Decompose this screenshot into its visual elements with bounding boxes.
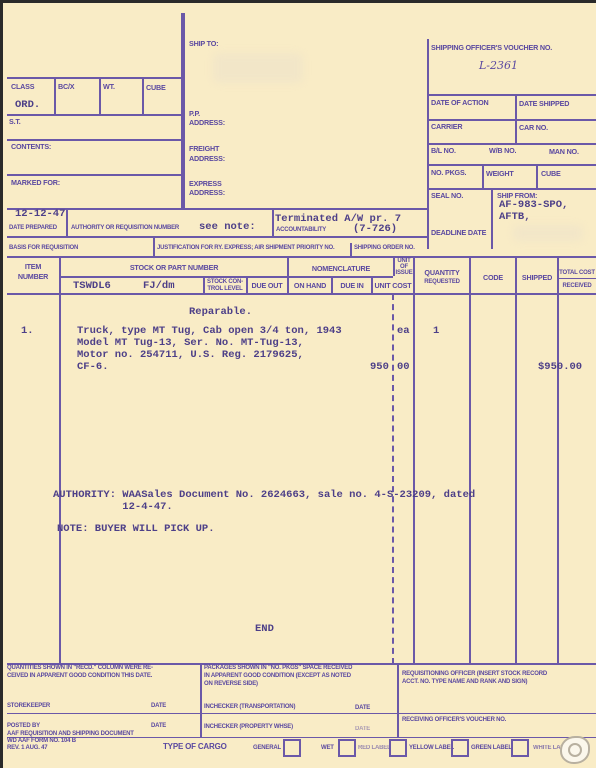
rule xyxy=(427,164,596,166)
inchecker-transport-label: INCHECKER (TRANSPORTATION) xyxy=(204,704,295,711)
rule xyxy=(491,188,493,249)
packages-note-1: PACKAGES SHOWN IN "NO. PKGS" SPACE RECEI… xyxy=(204,665,352,672)
voucher-label: SHIPPING OFFICER'S VOUCHER NO. xyxy=(431,44,552,52)
pp-address-label-2: ADDRESS: xyxy=(189,119,225,127)
no-pkgs-label: NO. PKGS. xyxy=(431,169,466,177)
type-of-cargo-label: TYPE OF CARGO xyxy=(163,743,227,751)
car-no-label: CAR NO. xyxy=(519,124,548,132)
rule xyxy=(59,276,393,278)
authority-note-line-1: AUTHORITY: WAASales Document No. 2624663… xyxy=(53,489,475,501)
rule xyxy=(427,143,596,145)
rule xyxy=(7,114,183,116)
unit-cost-header: UNIT COST xyxy=(373,282,413,290)
justification-label: JUSTIFICATION FOR RY. EXPRESS; AIR SHIPM… xyxy=(157,245,335,252)
freight-address-label-2: ADDRESS: xyxy=(189,155,225,163)
quantities-note-1: QUANTITIES SHOWN IN "RECD." COLUMN WERE … xyxy=(7,665,153,672)
total-cost-header: TOTAL COST xyxy=(558,270,596,277)
cargo-general-label: GENERAL xyxy=(253,745,281,752)
stock-value-2: FJ/dm xyxy=(143,280,175,292)
shipping-document: SHIP TO: P.P. ADDRESS: FREIGHT ADDRESS: … xyxy=(3,3,596,768)
basis-label: BASIS FOR REQUISITION xyxy=(9,245,78,252)
shipped-header: SHIPPED xyxy=(517,274,557,282)
requisitioning-officer-1: REQUISITIONING OFFICER (INSERT STOCK REC… xyxy=(402,671,547,678)
unit-of-issue-header-3: ISSUE xyxy=(394,270,414,277)
rule xyxy=(54,77,56,114)
date-prepared-value: 12-12-47 xyxy=(15,208,65,220)
accountability-label: ACCOUNTABILITY xyxy=(276,227,326,234)
rule xyxy=(536,164,538,188)
posted-by-date-label: DATE xyxy=(151,723,166,730)
rule xyxy=(7,293,596,295)
rule xyxy=(557,256,559,664)
on-hand-header: ON HAND xyxy=(289,282,331,290)
stock-control-header-2: TROL LEVEL xyxy=(204,286,246,293)
due-in-header: DUE IN xyxy=(333,282,371,290)
unit-of-issue-value: ea xyxy=(397,325,410,337)
rule xyxy=(7,77,183,79)
date-of-action-label: DATE OF ACTION xyxy=(431,99,489,107)
ebay-watermark-icon xyxy=(560,736,590,764)
wt-label: WT. xyxy=(103,83,115,91)
ship-to-label: SHIP TO: xyxy=(189,40,218,48)
cargo-wet-label: WET xyxy=(321,745,334,752)
rule xyxy=(153,236,155,256)
freight-address-label-1: FREIGHT xyxy=(189,145,219,153)
code-header: CODE xyxy=(471,274,515,282)
deadline-date-label: DEADLINE DATE xyxy=(431,229,486,237)
rule xyxy=(413,256,415,664)
rule xyxy=(427,119,596,121)
shipping-order-label: SHIPPING ORDER NO. xyxy=(354,245,415,252)
date-shipped-label: DATE SHIPPED xyxy=(519,100,569,108)
receiving-voucher-label: RECEIVING OFFICER'S VOUCHER NO. xyxy=(402,717,506,724)
unit-cost-dollars: 950 xyxy=(370,361,389,373)
ship-to-divider xyxy=(181,13,185,208)
class-label: CLASS xyxy=(11,83,34,91)
rule xyxy=(7,208,427,210)
rule xyxy=(7,256,596,258)
cargo-yellow-checkbox[interactable] xyxy=(451,739,469,757)
item-number: 1. xyxy=(21,325,34,337)
seal-no-label: SEAL NO. xyxy=(431,192,463,200)
quantity-header-2: REQUESTED xyxy=(415,279,469,286)
nomenclature-header: NOMENCLATURE xyxy=(289,265,393,273)
rule xyxy=(142,77,144,114)
rule xyxy=(59,256,61,664)
quantity-header-1: QUANTITY xyxy=(415,269,469,277)
cargo-green-label: GREEN LABEL xyxy=(471,745,512,752)
rule xyxy=(427,208,429,249)
weight-label: WEIGHT xyxy=(486,170,514,178)
express-address-label-1: EXPRESS xyxy=(189,180,222,188)
authority-label: AUTHORITY OR REQUISITION NUMBER xyxy=(71,225,179,232)
authority-value: see note: xyxy=(199,221,256,233)
cargo-green-checkbox[interactable] xyxy=(511,739,529,757)
cargo-general-checkbox[interactable] xyxy=(283,739,301,757)
man-no-label: MAN NO. xyxy=(549,148,579,156)
cube-label-right: CUBE xyxy=(541,170,561,178)
rule xyxy=(515,256,517,664)
posted-by-label: POSTED BY xyxy=(7,723,40,730)
rule xyxy=(482,164,484,188)
total-cost-value: $950.00 xyxy=(538,361,582,373)
item-number-header-1: ITEM xyxy=(7,263,59,271)
end-marker: END xyxy=(255,623,274,635)
stock-control-header-1: STOCK CON- xyxy=(204,279,246,286)
authority-note-line-2: 12-4-47. xyxy=(53,501,173,513)
accountability-value-2: (7-726) xyxy=(353,223,397,235)
storekeeper-date-label: DATE xyxy=(151,703,166,710)
cargo-yellow-label: YELLOW LABEL xyxy=(409,745,454,752)
stock-value-1: TSWDL6 xyxy=(73,280,111,292)
description-line-3: Motor no. 254711, U.S. Reg. 2179625, xyxy=(77,349,304,361)
redacted-ship-from xyxy=(513,225,583,241)
description-line-4: CF-6. xyxy=(77,361,109,373)
cargo-wet-checkbox[interactable] xyxy=(338,739,356,757)
ship-from-line-1: AF-983-SPO, xyxy=(499,199,568,211)
description-line-2: Model MT Tug-13, Ser. No. MT-Tug-13, xyxy=(77,337,304,349)
rule xyxy=(7,139,183,141)
form-id-1: AAF REQUISITION AND SHIPPING DOCUMENT xyxy=(7,731,134,738)
cargo-red-label: RED LABEL xyxy=(358,745,391,752)
quantity-value: 1 xyxy=(433,325,439,337)
wb-no-label: W/B NO. xyxy=(489,147,516,155)
due-out-header: DUE OUT xyxy=(247,282,287,290)
quantities-note-2: CEIVED IN APPARENT GOOD CONDITION THIS D… xyxy=(7,673,152,680)
rule xyxy=(397,663,399,737)
form-id-3: REV. 1 AUG. 47 xyxy=(7,745,47,752)
class-value: ORD. xyxy=(15,99,40,111)
rule xyxy=(7,236,427,238)
rule xyxy=(427,94,596,96)
cargo-red-checkbox[interactable] xyxy=(389,739,407,757)
inchecker-transport-date-label: DATE xyxy=(355,705,370,712)
buyer-note: NOTE: BUYER WILL PICK UP. xyxy=(57,523,215,535)
date-prepared-label: DATE PREPARED xyxy=(9,225,57,232)
marked-for-label: MARKED FOR: xyxy=(11,179,60,187)
redacted-ship-to xyxy=(213,53,303,83)
express-address-label-2: ADDRESS: xyxy=(189,189,225,197)
rule xyxy=(469,256,471,664)
stock-part-header: STOCK OR PART NUMBER xyxy=(61,264,287,272)
cube-label: CUBE xyxy=(146,84,166,92)
received-header: RECEIVED xyxy=(558,283,596,290)
rule xyxy=(99,77,101,114)
carrier-label: CARRIER xyxy=(431,123,462,131)
rule xyxy=(427,188,596,190)
dollar-cents-divider xyxy=(392,294,394,664)
packages-note-2: IN APPARENT GOOD CONDITION (EXCEPT AS NO… xyxy=(204,673,351,680)
rule xyxy=(272,208,274,236)
contents-label: CONTENTS: xyxy=(11,143,51,151)
condition-note: Reparable. xyxy=(189,306,252,318)
pp-address-label-1: P.P. xyxy=(189,110,200,118)
st-label: S.T. xyxy=(9,118,21,126)
rule xyxy=(66,208,68,236)
rule xyxy=(558,278,596,279)
ship-from-line-2: AFTB, xyxy=(499,211,531,223)
rule xyxy=(200,663,202,737)
description-line-1: Truck, type MT Tug, Cab open 3/4 ton, 19… xyxy=(77,325,342,337)
voucher-value: L-2361 xyxy=(479,59,518,72)
item-number-header-2: NUMBER xyxy=(7,273,59,281)
bcx-label: BC/X xyxy=(58,83,74,91)
inchecker-property-date-label: DATE xyxy=(355,726,370,733)
packages-note-3: ON REVERSE SIDE) xyxy=(204,681,258,688)
form-id-2: WD AAF FORM NO. 104 B xyxy=(7,738,76,745)
unit-cost-cents: 00 xyxy=(397,361,410,373)
bl-no-label: B/L NO. xyxy=(431,147,456,155)
requisitioning-officer-2: ACCT. NO. TYPE NAME AND RANK AND SIGN) xyxy=(402,679,527,686)
rule xyxy=(7,713,596,714)
storekeeper-label: STOREKEEPER xyxy=(7,703,50,710)
inchecker-property-label: INCHECKER (PROPERTY WHSE) xyxy=(204,724,293,731)
rule xyxy=(7,174,183,176)
rule xyxy=(350,243,352,256)
